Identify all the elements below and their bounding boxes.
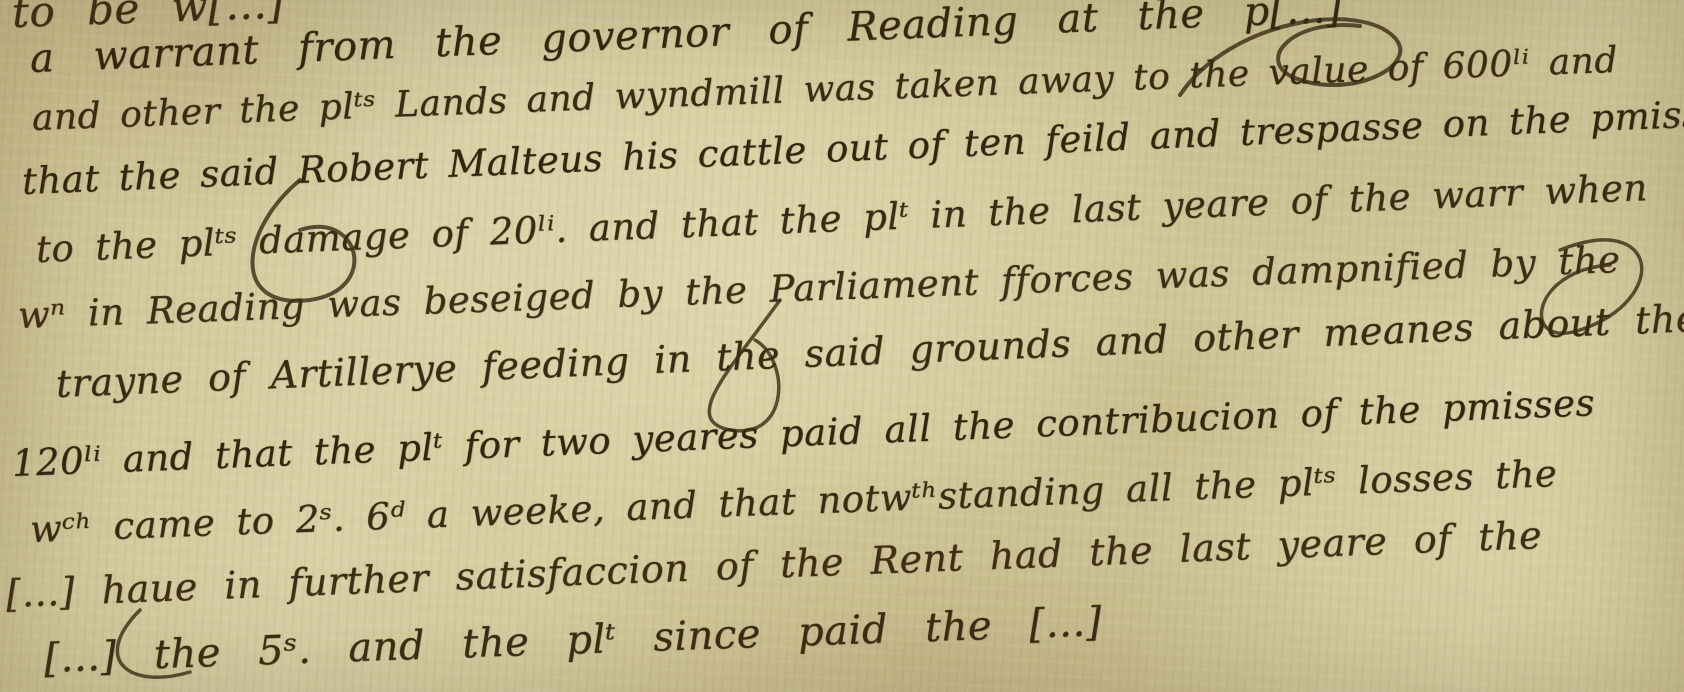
manuscript-line-11: […] the 5ˢ. and the plᵗ since paid the […	[43, 599, 1102, 682]
manuscript-page: to be w[…] a warrant from the governor o…	[0, 0, 1684, 692]
